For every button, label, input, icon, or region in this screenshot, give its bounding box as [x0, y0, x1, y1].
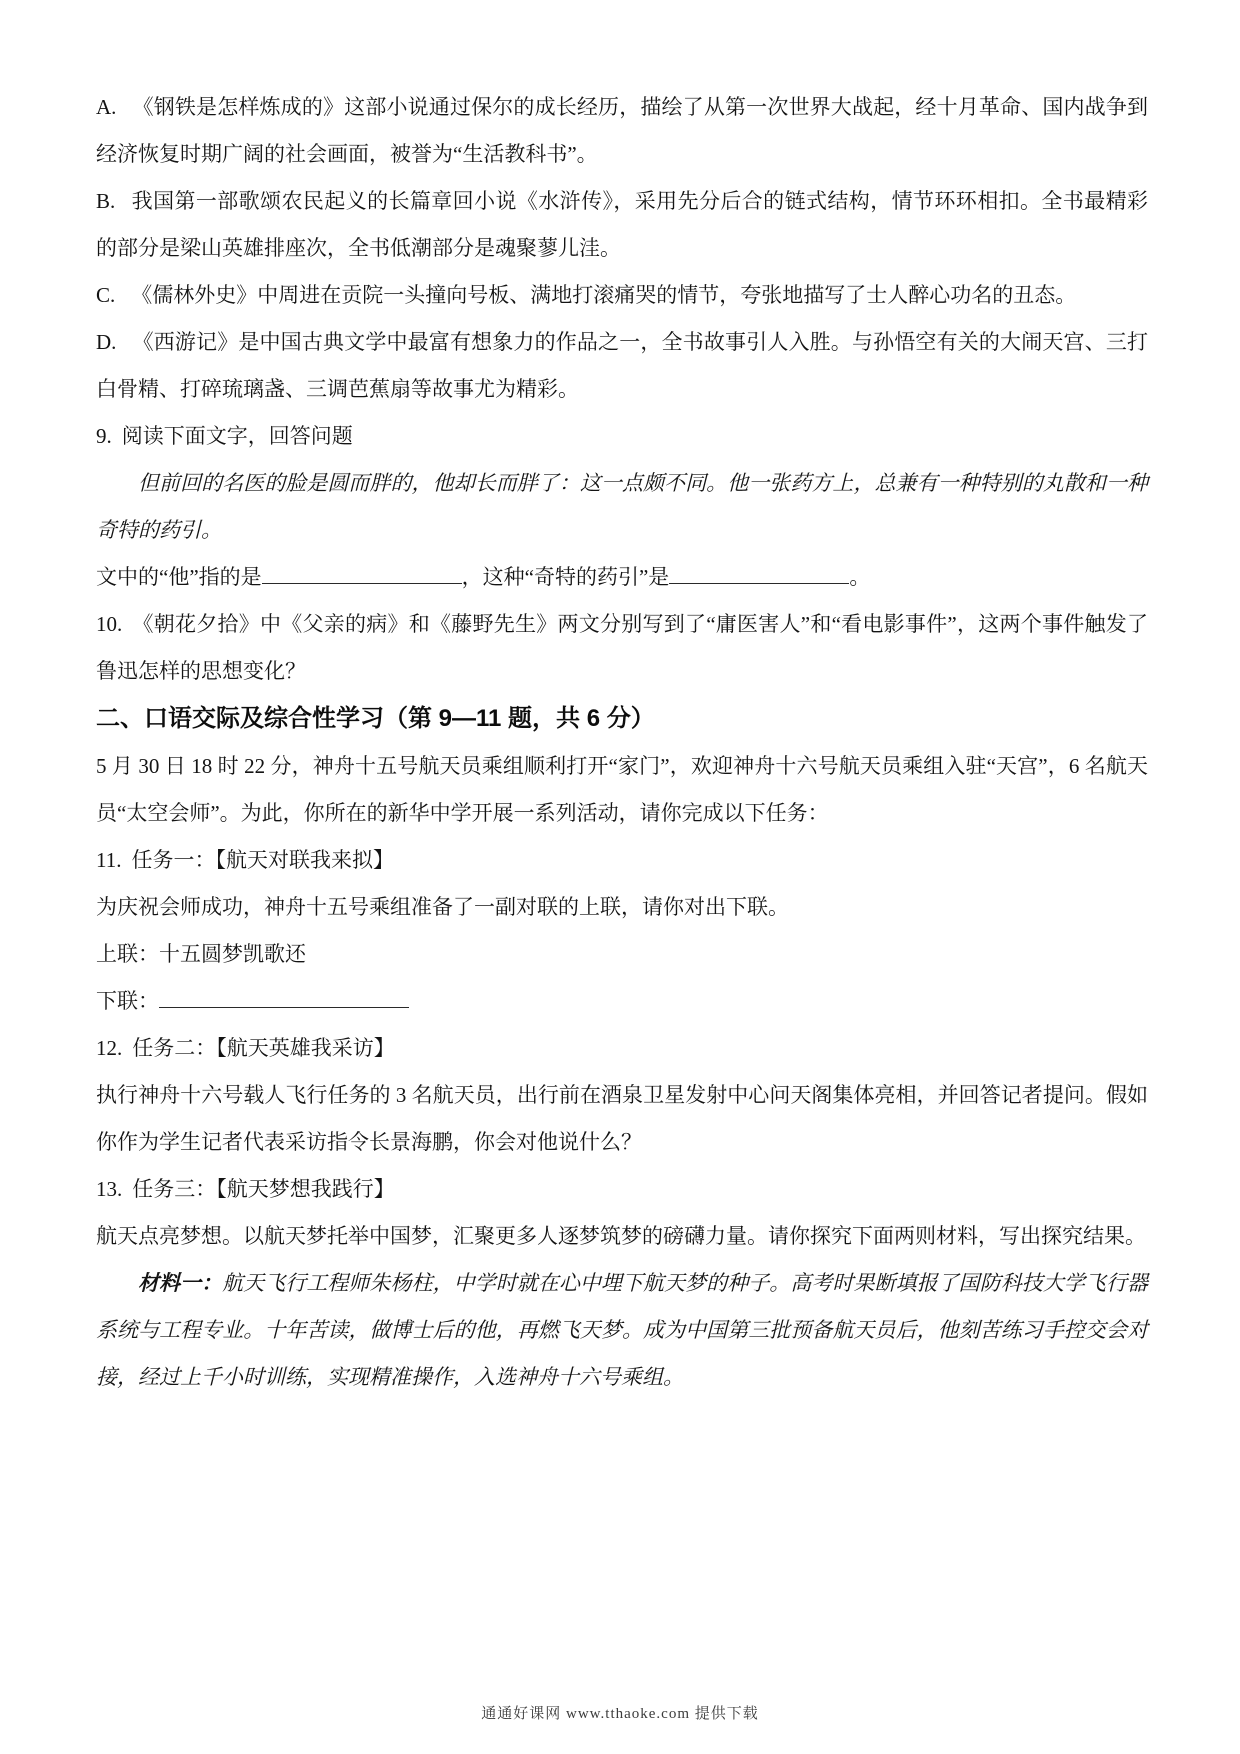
option-b-label: B. — [96, 189, 115, 213]
footer-text: 通通好课网 www.tthaoke.com 提供下载 — [481, 1706, 759, 1722]
option-d: D.《西游记》是中国古典文学中最富有想象力的作品之一，全书故事引人入胜。与孙悟空… — [96, 319, 1148, 413]
question-9-text: 阅读下面文字，回答问题 — [122, 424, 353, 448]
task-12-title: 任务二：【航天英雄我采访】 — [132, 1036, 395, 1060]
option-c-text: 《儒林外史》中周进在贡院一头撞向号板、满地打滚痛哭的情节，夸张地描写了士人醉心功… — [131, 283, 1076, 307]
page-footer: 通通好课网 www.tthaoke.com 提供下载 — [0, 1702, 1240, 1723]
question-9-fill-line: 文中的“他”指的是，这种“奇特的药引”是。 — [96, 554, 1148, 601]
question-10-text: 《朝花夕拾》中《父亲的病》和《藤野先生》两文分别写到了“庸医害人”和“看电影事件… — [96, 612, 1148, 683]
task-11-number: 11. — [96, 848, 121, 872]
option-d-label: D. — [96, 330, 116, 354]
task-12-number: 12. — [96, 1036, 122, 1060]
option-b-text: 我国第一部歌颂农民起义的长篇章回小说《水浒传》，采用先分后合的链式结构，情节环环… — [96, 189, 1148, 260]
question-9-number: 9. — [96, 424, 112, 448]
material-1-label: 材料一： — [138, 1271, 222, 1295]
fill-mid-text: ，这种“奇特的药引”是 — [462, 565, 670, 589]
task-13-number: 13. — [96, 1177, 122, 1201]
task-11-desc: 为庆祝会师成功，神舟十五号乘组准备了一副对联的上联，请你对出下联。 — [96, 884, 1148, 931]
task-13-desc: 航天点亮梦想。以航天梦托举中国梦，汇聚更多人逐梦筑梦的磅礴力量。请你探究下面两则… — [96, 1213, 1148, 1260]
question-9-prompt: 9.阅读下面文字，回答问题 — [96, 413, 1148, 460]
option-c-label: C. — [96, 283, 115, 307]
couplet-second-label: 下联： — [96, 989, 159, 1013]
answer-blank-2 — [669, 561, 849, 584]
exam-page: A.《钢铁是怎样炼成的》这部小说通过保尔的成长经历，描绘了从第一次世界大战起，经… — [0, 0, 1240, 1401]
section-2-intro: 5 月 30 日 18 时 22 分，神舟十五号航天员乘组顺利打开“家门”，欢迎… — [96, 743, 1148, 837]
material-1-text: 航天飞行工程师朱杨柱，中学时就在心中埋下航天梦的种子。高考时果断填报了国防科技大… — [96, 1271, 1148, 1389]
question-10: 10.《朝花夕拾》中《父亲的病》和《藤野先生》两文分别写到了“庸医害人”和“看电… — [96, 601, 1148, 695]
task-13-title: 任务三：【航天梦想我践行】 — [132, 1177, 395, 1201]
section-2-heading: 二、口语交际及综合性学习（第 9—11 题，共 6 分） — [96, 695, 1148, 743]
option-a-label: A. — [96, 95, 116, 119]
option-b: B.我国第一部歌颂农民起义的长篇章回小说《水浒传》，采用先分后合的链式结构，情节… — [96, 178, 1148, 272]
answer-blank-1 — [262, 561, 462, 584]
task-12-title-line: 12.任务二：【航天英雄我采访】 — [96, 1025, 1148, 1072]
option-a-text: 《钢铁是怎样炼成的》这部小说通过保尔的成长经历，描绘了从第一次世界大战起，经十月… — [96, 95, 1148, 166]
option-d-text: 《西游记》是中国古典文学中最富有想象力的作品之一，全书故事引人入胜。与孙悟空有关… — [96, 330, 1148, 401]
couplet-second-line: 下联： — [96, 978, 1148, 1025]
task-12-desc: 执行神舟十六号载人飞行任务的 3 名航天员，出行前在酒泉卫星发射中心问天阁集体亮… — [96, 1072, 1148, 1166]
couplet-first-line: 上联：十五圆梦凯歌还 — [96, 931, 1148, 978]
fill-pre-text: 文中的“他”指的是 — [96, 565, 262, 589]
fill-end-text: 。 — [849, 565, 870, 589]
task-13-title-line: 13.任务三：【航天梦想我践行】 — [96, 1166, 1148, 1213]
question-10-number: 10. — [96, 612, 122, 636]
question-9-passage: 但前回的名医的脸是圆而胖的，他却长而胖了：这一点颇不同。他一张药方上，总兼有一种… — [96, 460, 1148, 554]
task-11-title: 任务一：【航天对联我来拟】 — [131, 848, 394, 872]
couplet-answer-blank — [159, 985, 409, 1008]
option-a: A.《钢铁是怎样炼成的》这部小说通过保尔的成长经历，描绘了从第一次世界大战起，经… — [96, 84, 1148, 178]
option-c: C.《儒林外史》中周进在贡院一头撞向号板、满地打滚痛哭的情节，夸张地描写了士人醉… — [96, 272, 1148, 319]
task-11-title-line: 11.任务一：【航天对联我来拟】 — [96, 837, 1148, 884]
material-1: 材料一：航天飞行工程师朱杨柱，中学时就在心中埋下航天梦的种子。高考时果断填报了国… — [96, 1260, 1148, 1401]
